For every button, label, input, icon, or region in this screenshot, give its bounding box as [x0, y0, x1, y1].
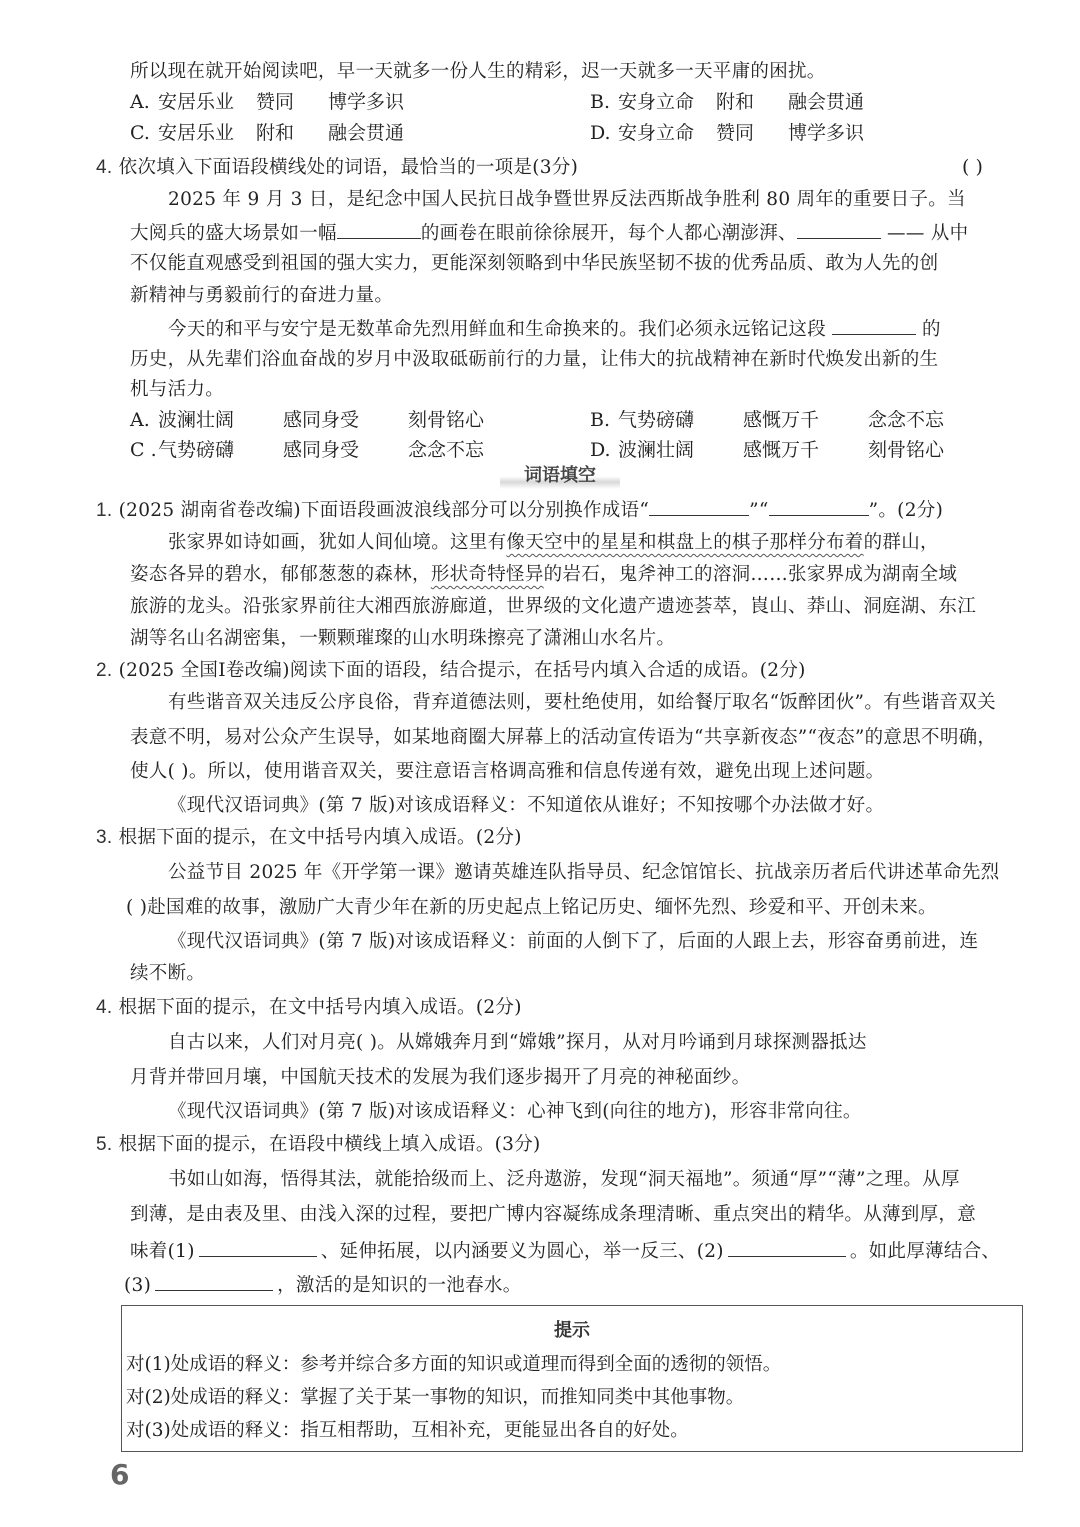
q4-stem: 4. 依次填入下面语段横线处的词语，最恰当的一项是(3分) — [96, 156, 578, 180]
question-number: 5. — [96, 1134, 112, 1155]
option-item: 波澜壮阔 — [618, 438, 743, 462]
text-segment: 的 — [922, 319, 941, 340]
option-label: D. — [590, 438, 618, 462]
paragraph-line: 不仅能直观感受到祖国的强大实力，更能深刻领略到中华民族坚韧不拔的优秀品质、敢为人… — [130, 252, 938, 276]
option-item: 气势磅礴 — [618, 408, 743, 432]
fill-q3-stem: 3. 根据下面的提示，在文中括号内填入成语。(2分) — [96, 826, 522, 850]
option-item: 刻骨铭心 — [868, 438, 944, 462]
paragraph-line: 《现代汉语词典》(第 7 版)对该成语释义：不知道依从谁好；不知按哪个办法做才好… — [168, 794, 884, 818]
answer-paren[interactable]: ( ) — [962, 156, 983, 178]
option-item: 感慨万千 — [743, 408, 868, 432]
option-item: 气势磅礴 — [158, 438, 283, 462]
question-stem: 依次填入下面语段横线处的词语，最恰当的一项是(3分) — [119, 157, 579, 178]
fill-blank[interactable] — [769, 497, 869, 516]
paragraph-line: 2025 年 9 月 3 日，是纪念中国人民抗日战争暨世界反法西斯战争胜利 80… — [168, 188, 966, 212]
option-item: 波澜壮阔 — [158, 408, 283, 432]
paragraph-line: 续不断。 — [130, 962, 205, 986]
paragraph-line: 新精神与勇毅前行的奋进力量。 — [130, 284, 393, 308]
question-number: 4. — [96, 997, 112, 1018]
prev-option-a[interactable]: A.安居乐业赞同博学多识 — [130, 90, 404, 114]
question-number: 3. — [96, 827, 112, 848]
paragraph-line: 旅游的龙头。沿张家界前往大湘西旅游廊道，世界级的文化遗产遗迹荟萃，崀山、莽山、洞… — [130, 595, 976, 619]
text-segment: ”“ — [749, 500, 769, 521]
fill-blank[interactable] — [337, 220, 421, 239]
question-number: 1. — [96, 500, 112, 521]
question-number: 2. — [96, 660, 112, 681]
fill-blank[interactable] — [649, 497, 749, 516]
wavy-underlined-text: 像天空中的星星和棋盘上的棋子那样分布着 — [506, 532, 863, 553]
paragraph-line: 大阅兵的盛大场景如一幅的画卷在眼前徐徐展开，每个人都心潮澎湃、 —— 从中 — [130, 220, 968, 246]
q4-option-d[interactable]: D.波澜壮阔感慨万千刻骨铭心 — [590, 438, 944, 462]
fill-blank[interactable] — [832, 316, 916, 335]
paragraph-line: 历史，从先辈们浴血奋战的岁月中汲取砥砺前行的力量，让伟大的抗战精神在新时代焕发出… — [130, 348, 938, 372]
paragraph-line: 月背并带回月壤，中国航天技术的发展为我们逐步揭开了月亮的神秘面纱。 — [130, 1066, 750, 1090]
option-label: C. — [130, 121, 158, 145]
fill-blank[interactable] — [199, 1238, 317, 1257]
paragraph-line: (3)，激活的是知识的一池春水。 — [124, 1272, 522, 1298]
paragraph-line: 《现代汉语词典》(第 7 版)对该成语释义：心神飞到(向往的地方)，形容非常向往… — [168, 1100, 862, 1124]
option-label: D. — [590, 121, 618, 145]
text-segment: 味着(1) — [130, 1241, 195, 1262]
option-item: 博学多识 — [788, 121, 864, 145]
option-item: 赞同 — [256, 90, 328, 114]
page-number: 6 — [110, 1458, 129, 1491]
option-label: B. — [590, 408, 618, 432]
option-item: 念念不忘 — [868, 408, 944, 432]
question-stem: 根据下面的提示，在文中括号内填入成语。(2分) — [119, 827, 522, 848]
text-segment: 今天的和平与安宁是无数革命先烈用鲜血和生命换来的。我们必须永远铭记这段 — [168, 319, 826, 340]
q4-option-c[interactable]: C .气势磅礴感同身受念念不忘 — [130, 438, 484, 462]
fill-q4-stem: 4. 根据下面的提示，在文中括号内填入成语。(2分) — [96, 996, 522, 1020]
option-label: A. — [130, 90, 158, 114]
text-segment: ，激活的是知识的一池春水。 — [277, 1275, 521, 1296]
prev-option-b[interactable]: B.安身立命附和融会贯通 — [590, 90, 864, 114]
prev-option-c[interactable]: C.安居乐业附和融会贯通 — [130, 121, 404, 145]
paragraph-line: 有些谐音双关违反公序良俗，背弃道德法则，要杜绝使用，如给餐厅取名“饭醉团伙”。有… — [168, 691, 996, 715]
option-item: 赞同 — [716, 121, 788, 145]
paragraph-line: 湖等名山名湖密集，一颗颗璀璨的山水明珠擦亮了潇湘山水名片。 — [130, 627, 675, 651]
paragraph-line: 到薄，是由表及里、由浅入深的过程，要把广博内容凝练成条理清晰、重点突出的精华。从… — [130, 1203, 976, 1227]
question-stem: 根据下面的提示，在语段中横线上填入成语。(3分) — [119, 1134, 541, 1155]
hint-line: 对(2)处成语的释义：掌握了关于某一事物的知识，而推知同类中其他事物。 — [126, 1383, 744, 1409]
paragraph-line: 味着(1)、延伸拓展，以内涵要义为圆心，举一反三、(2)。如此厚薄结合、 — [130, 1238, 1000, 1264]
option-item: 念念不忘 — [408, 438, 484, 462]
option-item: 博学多识 — [328, 90, 404, 114]
option-label: A. — [130, 408, 158, 432]
paragraph-line: 姿态各异的碧水，郁郁葱葱的森林，形状奇特怪异的岩石，鬼斧神工的溶洞……张家界成为… — [130, 563, 957, 587]
fill-blank[interactable] — [797, 220, 881, 239]
prev-question-text: 所以现在就开始阅读吧，早一天就多一份人生的精彩，迟一天就多一天平庸的困扰。 — [130, 60, 826, 84]
fill-q2-stem: 2. (2025 全国Ⅰ卷改编)阅读下面的语段，结合提示，在括号内填入合适的成语… — [96, 659, 806, 683]
text-segment: 。如此厚薄结合、 — [850, 1241, 1000, 1262]
paragraph-line: 张家界如诗如画，犹如人间仙境。这里有像天空中的星星和棋盘上的棋子那样分布着的群山… — [168, 531, 939, 555]
question-stem: (2025 全国Ⅰ卷改编)阅读下面的语段，结合提示，在括号内填入合适的成语。(2… — [119, 660, 806, 681]
question-stem: 根据下面的提示，在文中括号内填入成语。(2分) — [119, 997, 522, 1018]
paragraph-line: 书如山如海，悟得其法，就能拾级而上、泛舟遨游，发现“洞天福地”。须通“厚”“薄”… — [168, 1168, 960, 1192]
prev-option-d[interactable]: D.安身立命赞同博学多识 — [590, 121, 864, 145]
fill-blank[interactable] — [155, 1272, 273, 1291]
text-segment: 姿态各异的碧水，郁郁葱葱的森林， — [130, 564, 431, 585]
paragraph-line: ( )赴国难的故事，激励广大青少年在新的历史起点上铭记历史、缅怀先烈、珍爱和平、… — [126, 896, 937, 920]
option-item: 感同身受 — [283, 408, 408, 432]
text-segment: 的岩石，鬼斧神工的溶洞……张家界成为湖南全域 — [544, 564, 958, 585]
text-segment: 的画卷在眼前徐徐展开，每个人都心潮澎湃、 — [421, 223, 797, 244]
hint-line: 对(1)处成语的释义：参考并综合多方面的知识或道理而得到全面的透彻的领悟。 — [126, 1350, 781, 1376]
text-segment: 的群山， — [864, 532, 939, 553]
paragraph-line: 今天的和平与安宁是无数革命先烈用鲜血和生命换来的。我们必须永远铭记这段的 — [168, 316, 941, 342]
hint-line: 对(3)处成语的释义：指互相帮助，互相补充，更能显出各自的好处。 — [126, 1416, 689, 1442]
hint-box: 提示 对(1)处成语的释义：参考并综合多方面的知识或道理而得到全面的透彻的领悟。… — [121, 1305, 1023, 1452]
option-item: 安身立命 — [618, 90, 708, 114]
q4-option-a[interactable]: A.波澜壮阔感同身受刻骨铭心 — [130, 408, 484, 432]
text-segment: ”。(2分) — [869, 500, 943, 521]
section-title: 词语填空 — [500, 461, 620, 489]
paragraph-line: 表意不明，易对公众产生误导，如某地商圈大屏幕上的活动宣传语为“共享新夜态”“夜态… — [130, 726, 996, 750]
option-label: C . — [130, 438, 158, 462]
paragraph-line: 机与活力。 — [130, 378, 224, 402]
paragraph-line: 《现代汉语词典》(第 7 版)对该成语释义：前面的人倒下了，后面的人跟上去，形容… — [168, 930, 978, 954]
text-segment: (3) — [124, 1275, 151, 1296]
option-item: 融会贯通 — [328, 121, 404, 145]
text-segment: 大阅兵的盛大场景如一幅 — [130, 223, 337, 244]
wavy-underlined-text: 形状奇特怪异 — [431, 564, 544, 585]
option-label: B. — [590, 90, 618, 114]
option-item: 附和 — [716, 90, 788, 114]
fill-q1-stem: 1. (2025 湖南省卷改编)下面语段画波浪线部分可以分别换作成语“”“”。(… — [96, 497, 943, 523]
paragraph-line: 公益节目 2025 年《开学第一课》邀请英雄连队指导员、纪念馆馆长、抗战亲历者后… — [168, 861, 999, 885]
fill-blank[interactable] — [728, 1238, 846, 1257]
text-segment: 、延伸拓展，以内涵要义为圆心，举一反三、(2) — [321, 1241, 724, 1262]
option-item: 附和 — [256, 121, 328, 145]
option-item: 融会贯通 — [788, 90, 864, 114]
option-item: 安身立命 — [618, 121, 708, 145]
text-segment: —— 从中 — [887, 223, 968, 244]
text-segment: (2025 湖南省卷改编)下面语段画波浪线部分可以分别换作成语“ — [119, 500, 649, 521]
hint-title: 提示 — [122, 1316, 1022, 1342]
fill-q5-stem: 5. 根据下面的提示，在语段中横线上填入成语。(3分) — [96, 1133, 541, 1157]
q4-option-b[interactable]: B.气势磅礴感慨万千念念不忘 — [590, 408, 944, 432]
option-item: 安居乐业 — [158, 121, 248, 145]
option-item: 刻骨铭心 — [408, 408, 484, 432]
option-item: 感同身受 — [283, 438, 408, 462]
paragraph-line: 使人( )。所以，使用谐音双关，要注意语言格调高雅和信息传递有效，避免出现上述问… — [130, 760, 884, 784]
question-number: 4. — [96, 157, 112, 178]
text-segment: 张家界如诗如画，犹如人间仙境。这里有 — [168, 532, 506, 553]
option-item: 安居乐业 — [158, 90, 248, 114]
paragraph-line: 自古以来，人们对月亮( )。从嫦娥奔月到“嫦娥”探月，从对月吟诵到月球探测器抵达 — [168, 1031, 867, 1055]
option-item: 感慨万千 — [743, 438, 868, 462]
